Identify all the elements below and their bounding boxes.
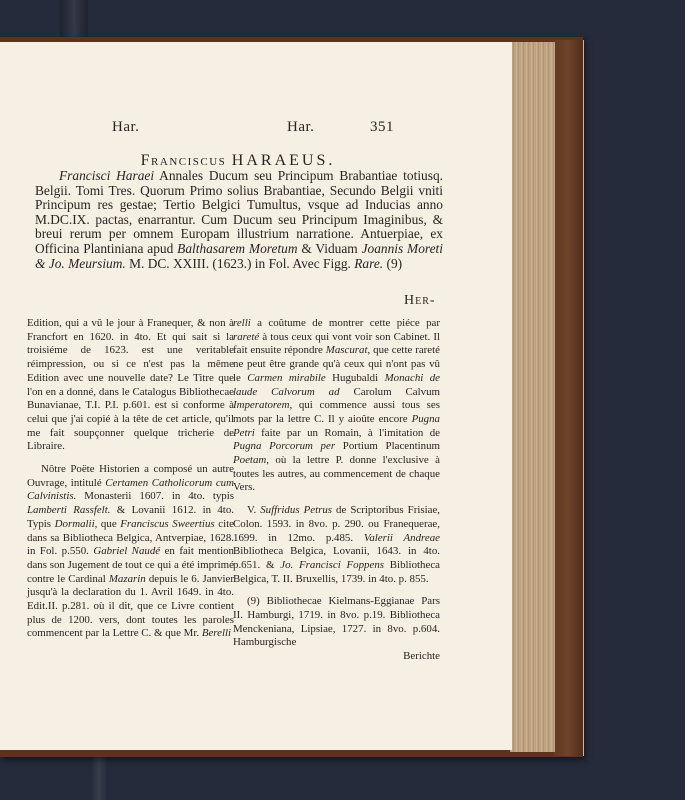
col-text: V. [247,504,260,516]
page-edges [510,42,555,752]
col-italic: Lamberti Rassfelt. [27,504,110,516]
col-italic: Franciscus Sweertius [120,518,214,530]
col-italic: Dormalii [55,518,95,530]
col-italic: Gabriel Naudé [93,545,160,557]
running-head-left: Har. [112,119,139,136]
right-column: relli a coûtume de montrer cette piéce p… [233,317,440,664]
col-italic: rareté [233,331,259,343]
col-text: a coûtume de montrer cette piéce par [251,317,440,329]
background-shadow [60,0,88,40]
col-text: faite par un Romain, à l'imitation de [255,427,440,439]
col-italic: Suffridus Petrus [260,504,332,516]
col-text: Hugubaldi [326,372,385,384]
entry-text: M. DC. XXIII. (1623.) in Fol. Avec Figg. [126,256,355,271]
col-italic: Carmen mirabile [247,372,325,384]
col-text: Carolum Calvum [340,386,440,398]
entry-italic: Balthasarem Moretum [177,241,297,256]
catchword-bottom: Berichte [233,650,440,664]
right-paragraph-1: relli a coûtume de montrer cette piéce p… [233,317,440,495]
entry-paragraph: Francisci Haraei Annales Ducum seu Princ… [35,169,443,271]
col-text: Portium Placentinum [335,440,440,452]
left-paragraph-1: Edition, qui a vû le jour à Franequer, &… [27,317,234,454]
left-paragraph-2: Nôtre Poëte Historien a composé un autre… [27,463,234,641]
running-head-center: Har. [287,119,314,136]
left-column: Edition, qui a vû le jour à Franequer, &… [27,317,234,650]
col-italic: Mascurat [326,344,368,356]
footnote-9: (9) Bibliothecae Kielmans-Eggianae Pars … [233,595,440,650]
col-italic: Imperatorem [233,399,289,411]
col-italic: relli [233,317,251,329]
entry-title-main: HARAEUS. [232,152,336,169]
col-italic: Poetam [233,454,266,466]
entry-text: & Viduam [298,241,362,256]
book-cover-edge [553,40,584,756]
col-italic: Berelli [202,627,231,639]
entry-body: Francisci Haraei Annales Ducum seu Princ… [35,169,443,271]
book-page: Har. Har. 351 Franciscus HARAEUS. Franci… [0,42,512,750]
page-number: 351 [370,119,394,136]
col-text: Monasterii 1607. in 4to. typis [76,490,234,502]
col-italic: Valerii Andreae [364,532,440,544]
catchword-top: Her- [404,293,436,309]
entry-text: (9) [383,256,402,271]
right-paragraph-2: V. Suffridus Petrus de Scriptoribus Fris… [233,504,440,586]
entry-italic: Rare. [354,256,383,271]
entry-italic: Francisci Haraei [59,168,154,183]
col-italic: Jo. Francisci Foppens [280,559,384,571]
entry-title-prefix: Franciscus [141,152,227,169]
col-italic: Pugna Porcorum per [233,440,335,452]
col-text: , que [95,518,121,530]
col-italic: Mazarin [109,573,146,585]
